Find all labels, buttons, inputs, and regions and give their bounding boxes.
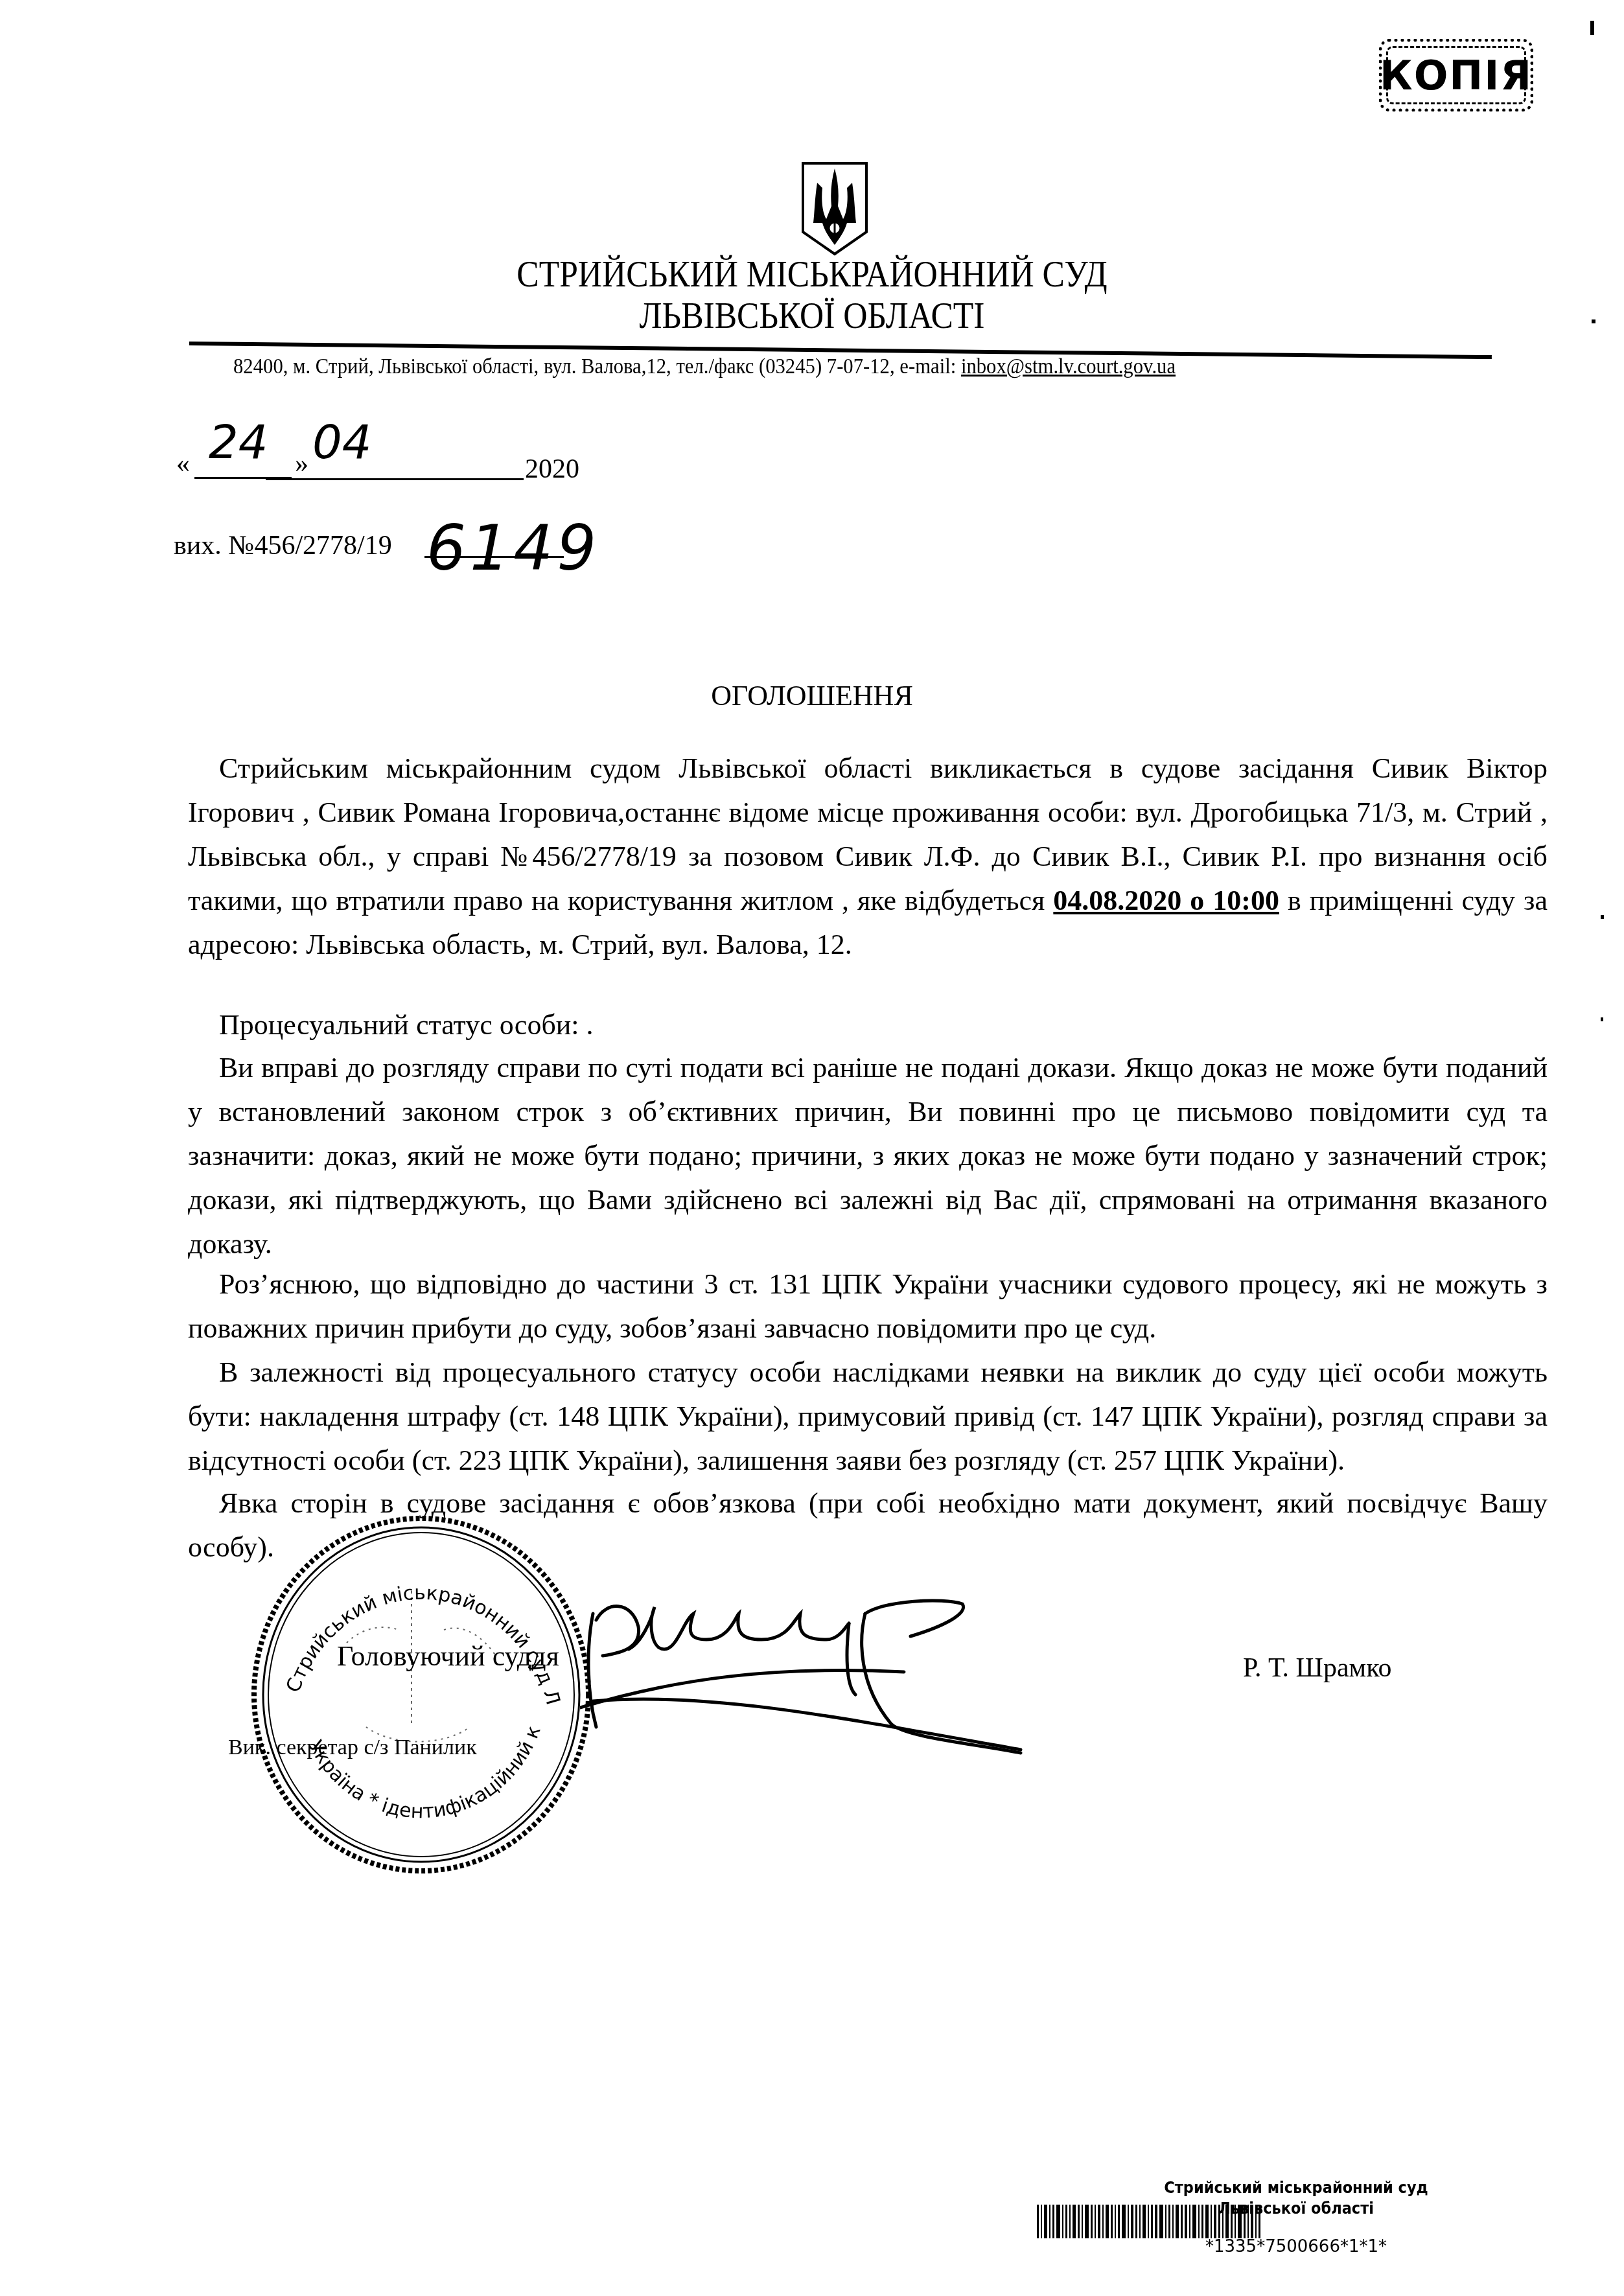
seal-top-text: Стрийський міськрайонний суд Львівської …	[249, 1513, 564, 1708]
barcode-number: *1335*7500666*1*1*	[1037, 2237, 1555, 2256]
barcode-org-line1: Стрийський міськрайонний суд	[1063, 2177, 1529, 2198]
address-text: 82400, м. Стрий, Львівської області, вул…	[233, 355, 961, 378]
date-month-handwritten: 04	[312, 415, 372, 469]
email-link[interactable]: inbox@stm.lv.court.gov.ua	[961, 355, 1176, 378]
svg-text:Стрийський міськрайонний суд Л: Стрийський міськрайонний суд Львівської …	[249, 1513, 564, 1708]
date-close-quote: »	[295, 448, 308, 480]
outgoing-ref-handwritten: 6149	[426, 512, 600, 585]
scan-artifact	[1590, 21, 1594, 35]
date-day-handwritten: 24	[209, 415, 268, 469]
paragraph-absence-notice: Роз’яснюю, що відповідно до частини 3 ст…	[188, 1262, 1548, 1351]
scan-artifact	[1601, 915, 1604, 919]
paragraph-evidence: Ви вправі до розгляду справи по суті под…	[188, 1046, 1548, 1266]
judge-signature	[580, 1588, 1215, 1769]
judge-name: Р. Т. Шрамко	[1243, 1652, 1391, 1684]
outgoing-ref-blank	[424, 556, 564, 558]
document-title: ОГОЛОШЕННЯ	[0, 679, 1624, 712]
date-open-quote: «	[176, 448, 190, 480]
scan-artifact	[1601, 1017, 1603, 1021]
date-year: 2020	[525, 454, 579, 485]
hearing-datetime: 04.08.2020 о 10:00	[1053, 885, 1279, 916]
court-address: 82400, м. Стрий, Львівської області, вул…	[233, 355, 1176, 379]
judge-title: Головуючий суддя	[337, 1640, 559, 1673]
copy-stamp: КОПІЯ	[1379, 39, 1533, 111]
scan-artifact	[1592, 319, 1595, 323]
paragraph-procedural-status: Процесуальний статус особи: .	[188, 1003, 1548, 1047]
outgoing-ref-prefix: вих. №456/2778/19	[174, 530, 392, 561]
court-name-line2: ЛЬВІВСЬКОЇ ОБЛАСТІ	[65, 296, 1559, 337]
paragraph-consequences: В залежності від процесуального статусу …	[188, 1351, 1548, 1483]
date-month-blank	[266, 478, 524, 480]
copy-stamp-label: КОПІЯ	[1380, 52, 1533, 99]
court-seal: Стрийський міськрайонний суд Львівської …	[249, 1513, 593, 1876]
acting-secretary: Вик. секретар с/з Панилик	[228, 1735, 477, 1760]
coat-of-arms-trident-icon	[799, 161, 870, 257]
barcode-graphic	[1037, 2205, 1349, 2238]
court-name-line1: СТРИЙСЬКИЙ МІСЬКРАЙОННИЙ СУД	[65, 254, 1559, 296]
paragraph-summons: Стрийським міськрайонним судом Львівсько…	[188, 747, 1548, 967]
